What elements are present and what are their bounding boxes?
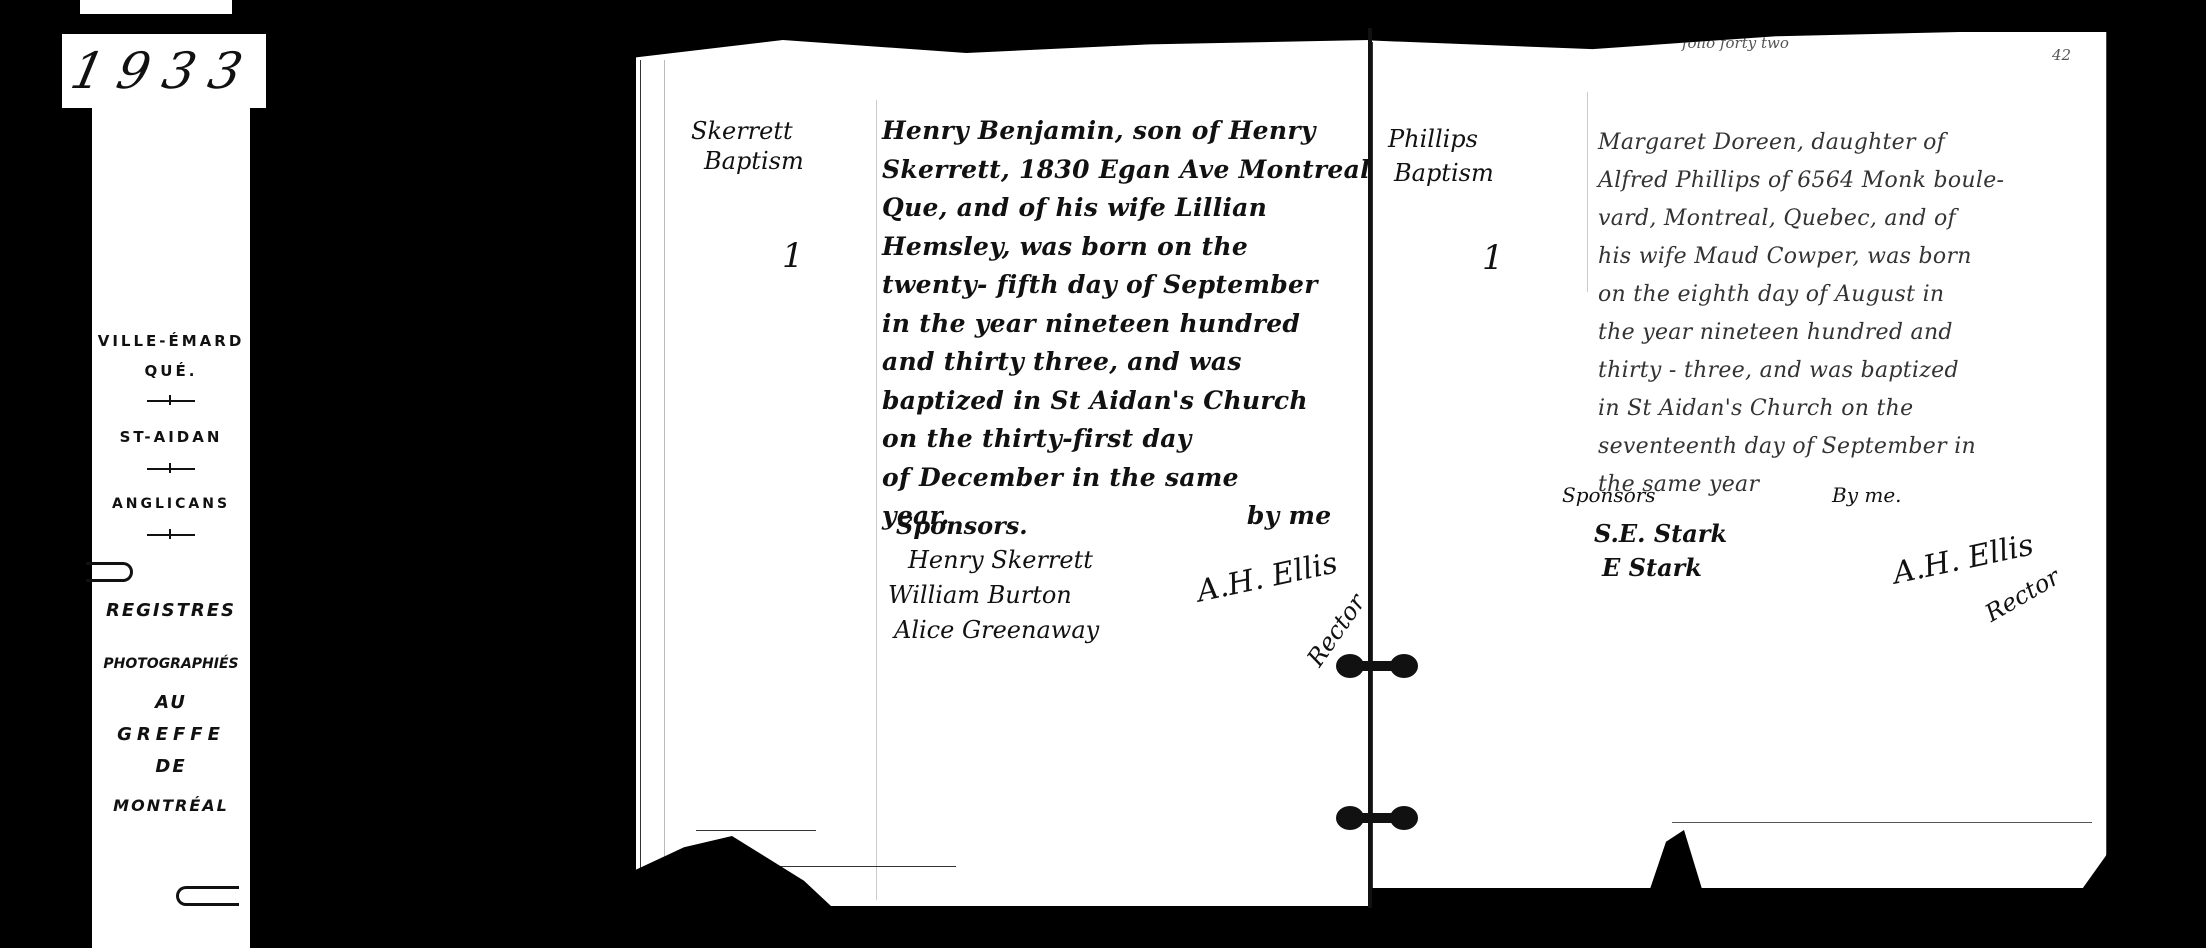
entry-line: on the eighth day of August in	[1598, 276, 2004, 314]
entry-line: the same year	[1598, 466, 2004, 504]
entry-line: seventeenth day of September in	[1598, 428, 2004, 466]
entry-line: baptized in St Aidan's Church	[882, 382, 1370, 421]
ruled-line	[696, 830, 816, 831]
page-edge-rule	[1372, 42, 1373, 888]
entry-line: Hemsley, was born on the	[882, 228, 1370, 267]
sponsor-signature: E Stark	[1602, 552, 1702, 583]
officiant-title: Rector	[1980, 562, 2066, 629]
column-rule	[876, 100, 877, 900]
by-me-label: By me.	[1832, 480, 1902, 511]
label-de: DE	[92, 756, 250, 777]
entry-line: on the thirty-first day	[882, 420, 1370, 459]
entry-line: Margaret Doreen, daughter of	[1598, 124, 2004, 162]
cross-divider-icon	[147, 534, 195, 536]
sponsor-signature: William Burton	[888, 580, 1072, 611]
entry-surname: Skerrett	[691, 116, 793, 146]
binding-ring-icon	[1336, 806, 1418, 828]
label-photographies: PHOTOGRAPHIÉS	[92, 656, 250, 672]
entry-body: Henry Benjamin, son of Henry Skerrett, 1…	[882, 112, 1370, 536]
entry-line: in the year nineteen hundred	[882, 305, 1370, 344]
entry-line: of December in the same	[882, 459, 1370, 498]
label-montreal: MONTRÉAL	[92, 796, 250, 815]
entry-line: vard, Montreal, Quebec, and of	[1598, 200, 2004, 238]
sponsors-label: Sponsors	[1562, 480, 1656, 511]
column-rule	[1587, 92, 1588, 292]
paper-clip-icon	[176, 886, 239, 906]
page-edge-rule	[640, 60, 641, 900]
entry-line: thirty - three, and was baptized	[1598, 352, 2004, 390]
label-church: ST-AIDAN	[92, 428, 250, 446]
ruled-line	[1672, 822, 2092, 823]
entry-line: in St Aidan's Church on the	[1598, 390, 2004, 428]
cross-divider-icon	[147, 400, 195, 402]
binding-ring-icon	[1336, 654, 1418, 676]
entry-line: twenty- fifth day of September	[882, 266, 1370, 305]
label-strip-top-tab	[80, 0, 232, 14]
entry-surname: Phillips	[1388, 124, 1478, 154]
officiant-signature: A.H. Ellis	[1194, 546, 1341, 610]
register-page-left: Skerrett Baptism 1 Henry Benjamin, son o…	[636, 40, 1370, 906]
entry-number: 1	[1482, 238, 1504, 278]
archive-label-strip: VILLE-ÉMARD QUÉ. ST-AIDAN ANGLICANS REGI…	[92, 106, 250, 948]
sponsor-signature: Henry Skerrett	[908, 545, 1093, 576]
label-greffe: GREFFE	[92, 724, 250, 745]
entry-act-type: Baptism	[704, 146, 804, 176]
entry-line: Que, and of his wife Lillian	[882, 189, 1370, 228]
sponsor-signature: S.E. Stark	[1594, 518, 1727, 549]
page-margin-rule	[664, 60, 665, 900]
register-page-right: folio forty two 42 Phillips Baptism 1 Ma…	[1372, 32, 2107, 888]
cross-divider-icon	[147, 468, 195, 470]
book-spine	[1368, 28, 1372, 908]
year-label: 1933	[62, 34, 266, 108]
label-denomination: ANGLICANS	[92, 496, 250, 512]
label-au: AU	[92, 692, 250, 713]
sponsors-label: Sponsors.	[896, 510, 1028, 541]
entry-body: Margaret Doreen, daughter of Alfred Phil…	[1598, 124, 2004, 504]
entry-line: Alfred Phillips of 6564 Monk boule-	[1598, 162, 2004, 200]
entry-act-type: Baptism	[1394, 158, 1494, 188]
folio-header: folio forty two	[1682, 34, 1789, 52]
entry-number: 1	[782, 236, 804, 276]
label-registres: REGISTRES	[92, 600, 250, 621]
entry-line: his wife Maud Cowper, was born	[1598, 238, 2004, 276]
paper-clip-icon	[86, 562, 133, 582]
entry-line: the year nineteen hundred and	[1598, 314, 2004, 352]
entry-line: and thirty three, and was	[882, 343, 1370, 382]
label-province: QUÉ.	[92, 362, 250, 380]
label-parish-location: VILLE-ÉMARD	[92, 332, 250, 350]
year-text: 1933	[66, 42, 262, 100]
page-edge-rule	[2106, 32, 2107, 888]
page-number: 42	[2052, 46, 2071, 64]
entry-line: Henry Benjamin, son of Henry	[882, 112, 1370, 151]
entry-line: Skerrett, 1830 Egan Ave Montreal	[882, 151, 1370, 190]
sponsor-signature: Alice Greenaway	[894, 615, 1099, 646]
